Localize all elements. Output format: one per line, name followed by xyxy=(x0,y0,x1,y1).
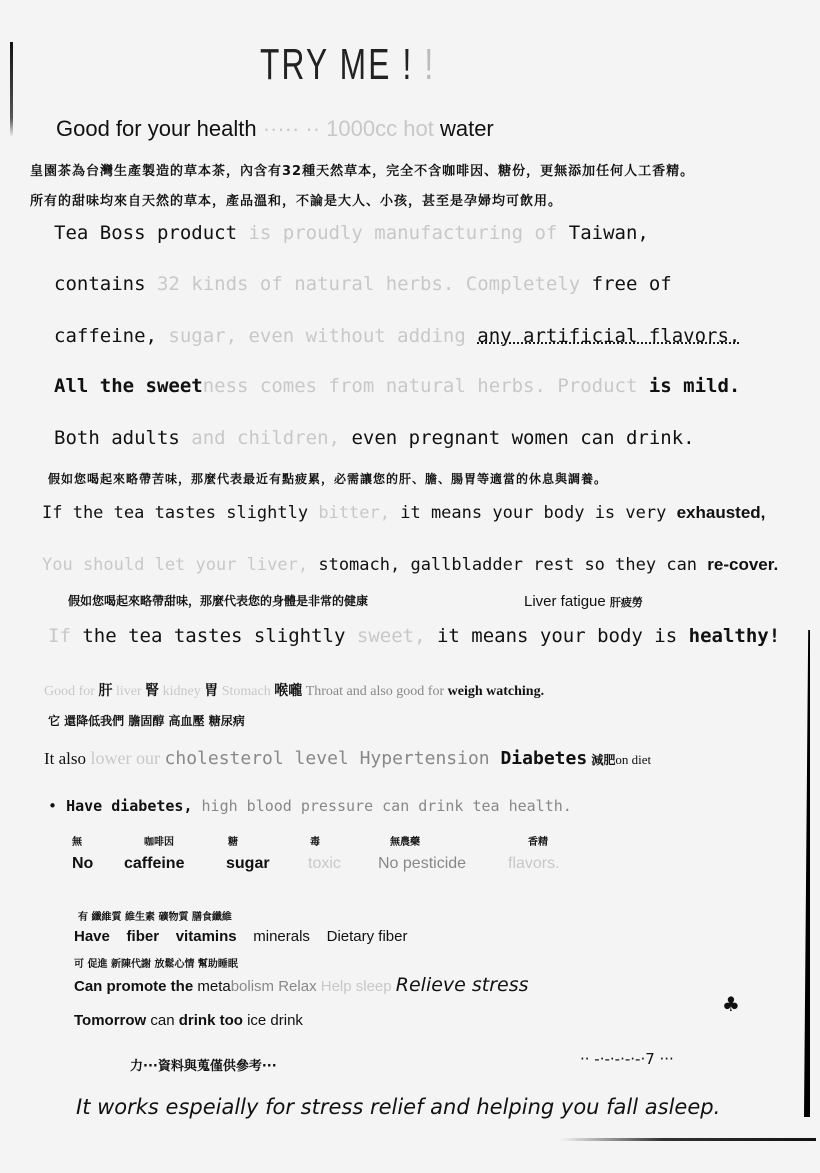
herbs-line: contains 32 kinds of natural herbs. Comp… xyxy=(54,273,672,295)
handwritten-note: It works espeially for stress relief and… xyxy=(76,1095,720,1119)
scan-edge-bottom xyxy=(560,1138,816,1141)
ink-blot: ♣ xyxy=(722,992,740,1016)
tomorrow-line: Tomorrow can drink too ice drink xyxy=(74,1012,303,1029)
health-line: Good for your health ····· ·· 1000cc hot… xyxy=(56,116,494,142)
product-line: Tea Boss product is proudly manufacturin… xyxy=(54,222,649,244)
recover-line: You should let your liver, stomach, gall… xyxy=(42,555,778,575)
bitter-line: If the tea tastes slightly bitter, it me… xyxy=(42,503,765,523)
liver-fatigue: Liver fatigue 肝疲勞 xyxy=(524,593,643,610)
lowers-line: It also lower our cholesterol level Hype… xyxy=(44,748,651,769)
chinese-sweet: 假如您喝起來略帶甜味，那麼代表您的身體是非常的健康 xyxy=(68,592,368,609)
promote-line: Can promote the metabolism Relax Help sl… xyxy=(74,974,529,996)
chinese-intro-1: 皇園茶為台灣生產製造的草本茶，內含有32種天然草本，完全不含咖啡因、糖份，更無添… xyxy=(30,160,694,179)
chinese-bitter: 假如您喝起來略帶苦味，那麼代表最近有點疲累，必需讓您的肝、膽、腸胃等適當的休息與… xyxy=(48,470,607,487)
chinese-footer: 力···資料與蒐僅供參考··· xyxy=(130,1055,277,1074)
page-title: TRY ME ! ! xyxy=(260,40,435,90)
no-list: No caffeine sugar toxic No pesticide fla… xyxy=(72,855,560,873)
caffeine-line: caffeine, sugar, even without adding any… xyxy=(54,325,740,347)
scan-edge-left xyxy=(10,42,13,137)
scan-edge-right xyxy=(804,630,810,1117)
good-for-line: Good for 肝 liver 腎 kidney 胃 Stomach 喉嚨 T… xyxy=(44,680,544,700)
chinese-promote: 可 促進 新陳代謝 放鬆心情 幫助睡眠 xyxy=(74,955,238,970)
chinese-have: 有 纖維質 維生素 礦物質 膳食纖維 xyxy=(78,908,232,923)
adults-line: Both adults and children, even pregnant … xyxy=(54,427,695,449)
diabetes-line: • Have diabetes, high blood pressure can… xyxy=(48,797,572,815)
have-line: Have fiber vitamins minerals Dietary fib… xyxy=(74,928,407,945)
sweet-line: If the tea tastes slightly sweet, it mea… xyxy=(48,625,780,647)
phone-number: ·· -·-·-·-·-·7 ··· xyxy=(580,1050,674,1068)
chinese-lowers: 它 還降低我們 膽固醇 高血壓 糖尿病 xyxy=(48,712,245,729)
chinese-intro-2: 所有的甜味均來自天然的草本，產品溫和，不論是大人、小孩，甚至是孕婦均可飲用。 xyxy=(30,190,562,209)
no-list-chinese: 無 咖啡因 糖 毒 無農藥 香精 xyxy=(72,833,548,848)
sweetness-line: All the sweetness comes from natural her… xyxy=(54,375,740,397)
